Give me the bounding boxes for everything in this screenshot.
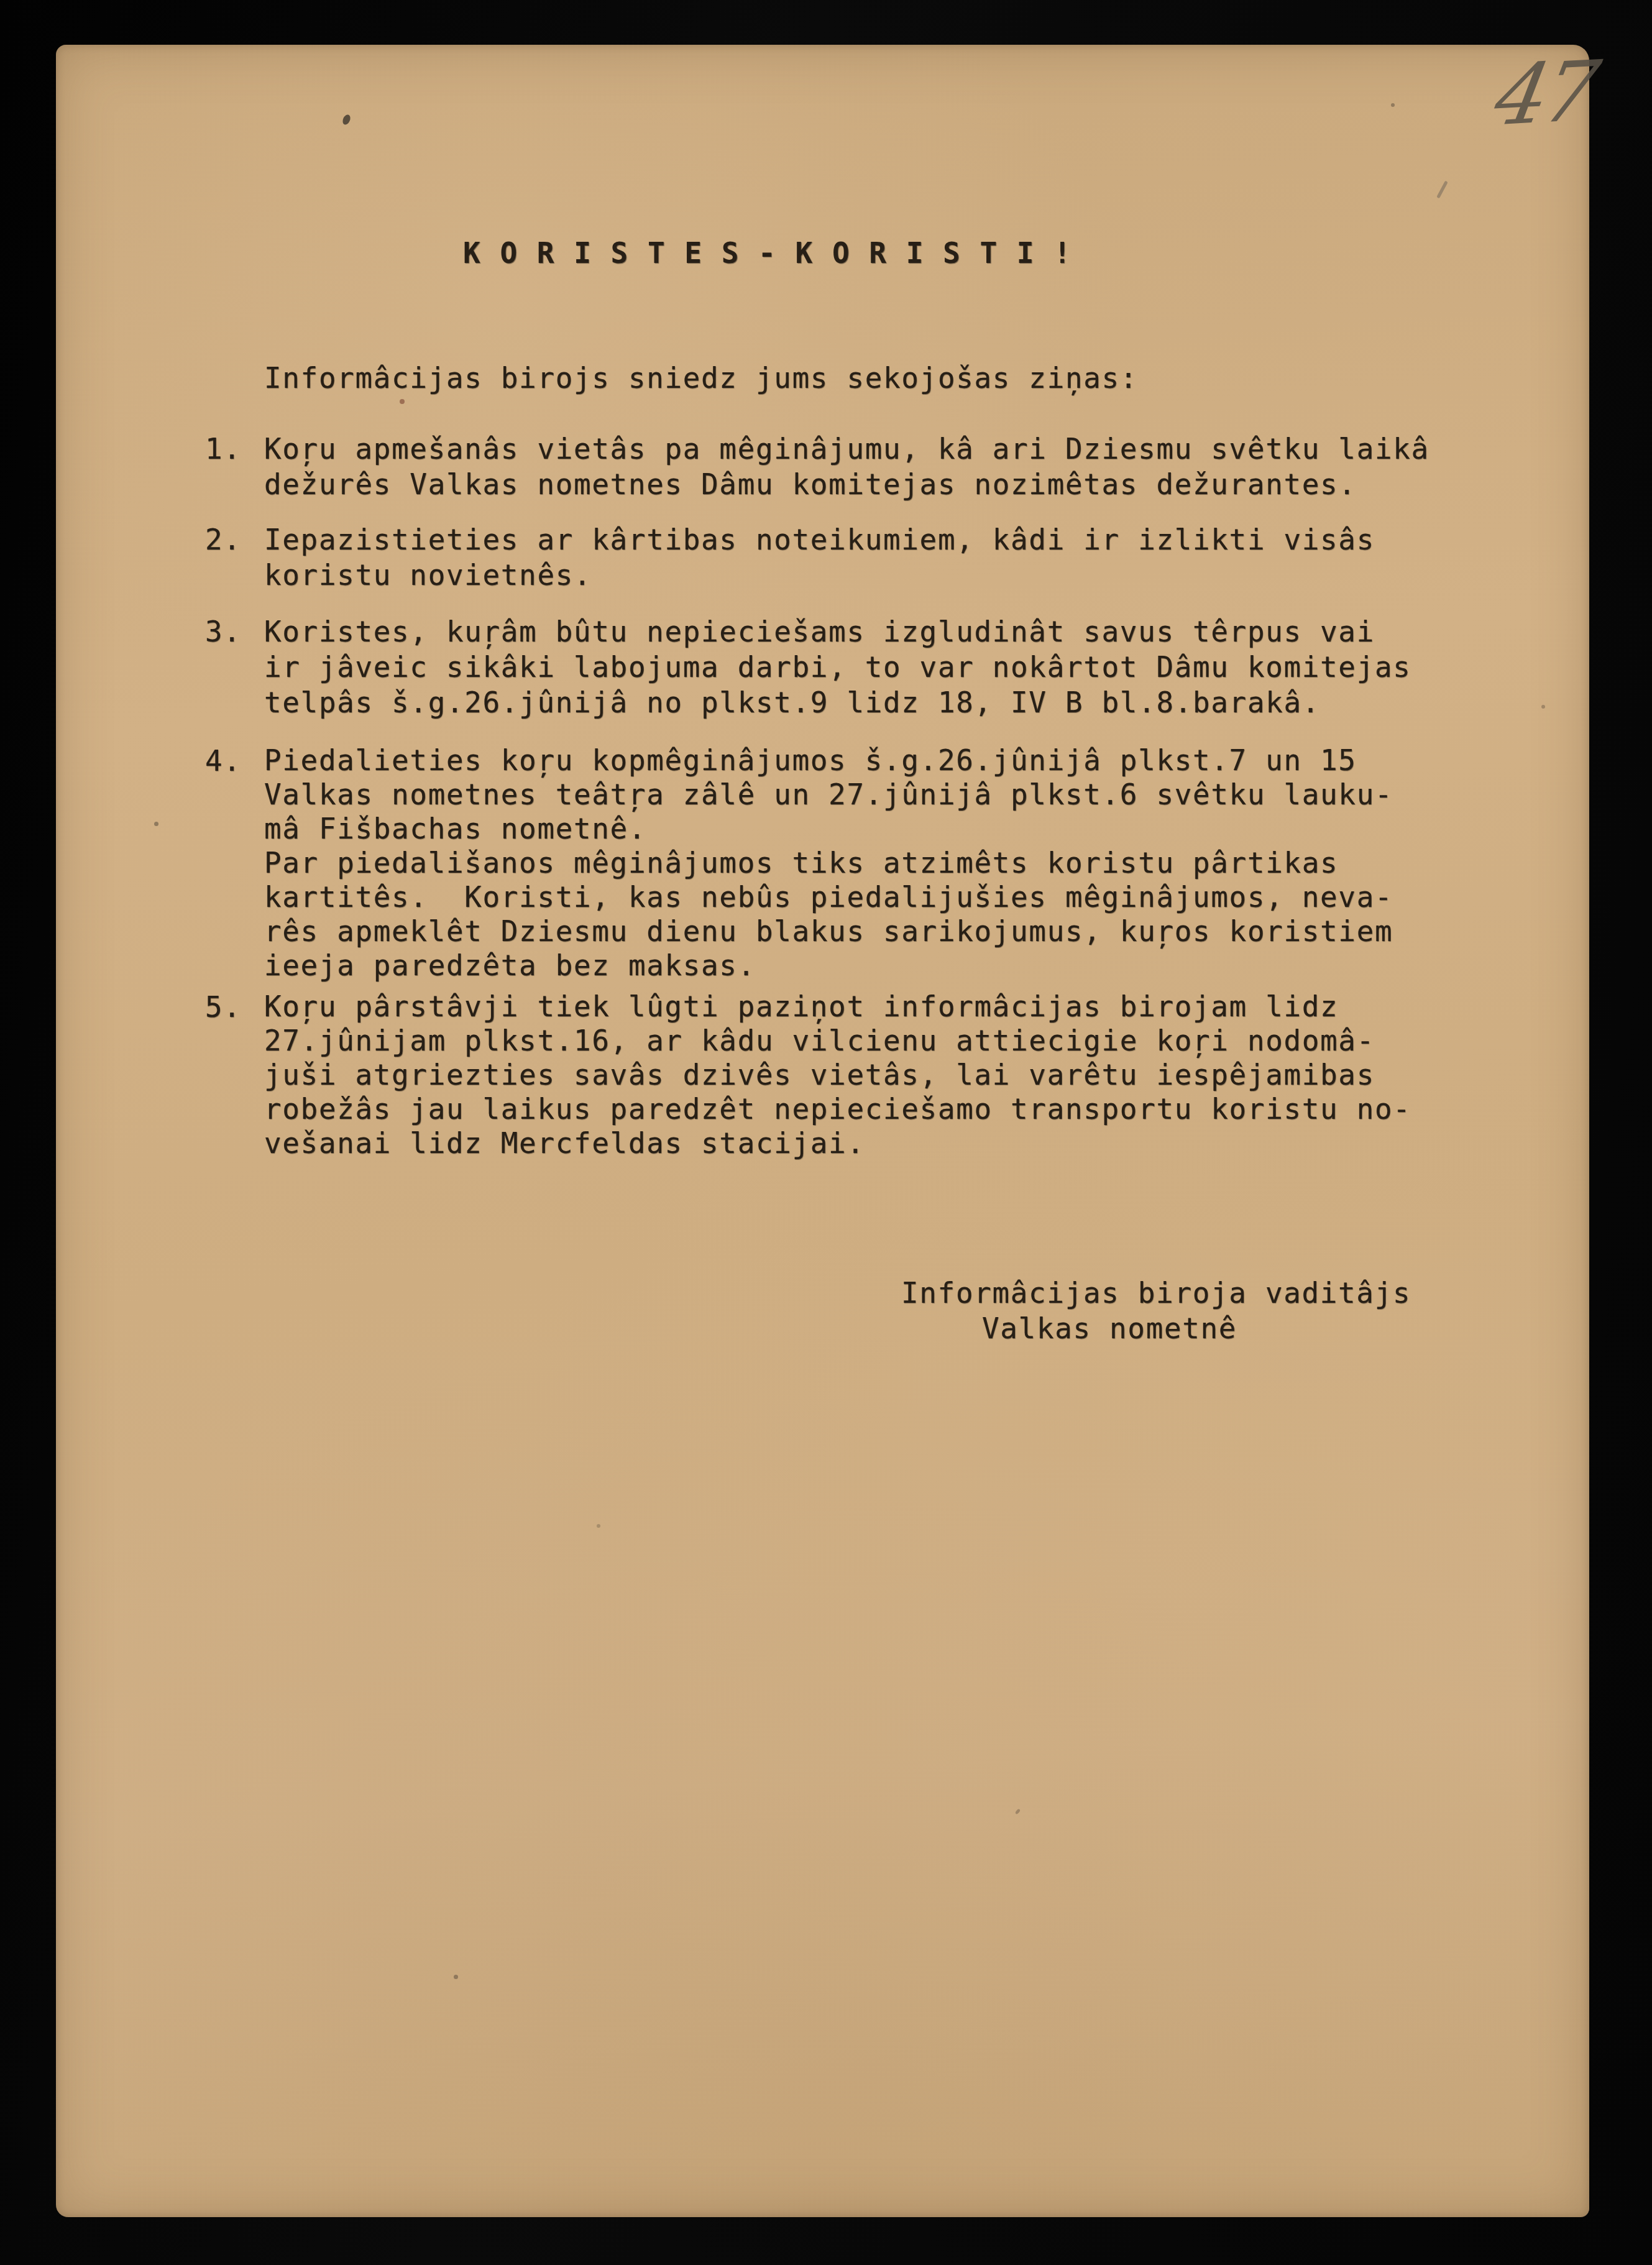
ink-speck xyxy=(341,113,352,126)
item-line: Koristes, kuŗâm bûtu nepieciešams izglud… xyxy=(264,614,1411,650)
item-number: 5. xyxy=(205,990,242,1025)
ink-speck xyxy=(1391,103,1395,107)
item-line: ir jâveic sikâki labojuma darbi, to var … xyxy=(264,650,1411,685)
item-line: Koŗu apmešanâs vietâs pa mêginâjumu, kâ … xyxy=(264,431,1429,467)
signature-block: Informâcijas biroja vaditâjs Valkas nome… xyxy=(901,1275,1411,1346)
item-line: Piedalieties koŗu kopmêginâjumos š.g.26.… xyxy=(264,743,1393,778)
item-line: rês apmeklêt Dziesmu dienu blakus sariko… xyxy=(264,914,1393,949)
item-line: 27.jûnijam plkst.16, ar kâdu vilcienu at… xyxy=(264,1024,1411,1058)
item-line: Iepazistieties ar kârtibas noteikumiem, … xyxy=(264,522,1375,558)
item-line: dežurês Valkas nometnes Dâmu komitejas n… xyxy=(264,467,1429,502)
document-title: K O R I S T E S - K O R I S T I ! xyxy=(463,236,1072,270)
item-line: mâ Fišbachas nometnê. xyxy=(264,812,1393,846)
item-line: ieeja paredzêta bez maksas. xyxy=(264,949,1393,983)
item-line: koristu novietnês. xyxy=(264,558,1375,593)
item-line: Koŗu pârstâvji tiek lûgti paziņot inform… xyxy=(264,990,1411,1024)
list-item-1: 1. Koŗu apmešanâs vietâs pa mêginâjumu, … xyxy=(205,431,1429,502)
list-item-5: 5. Koŗu pârstâvji tiek lûgti paziņot inf… xyxy=(205,990,1411,1160)
ink-speck xyxy=(1541,705,1545,709)
item-number: 4. xyxy=(205,743,242,779)
item-number: 2. xyxy=(205,522,242,558)
pencil-mark xyxy=(1436,181,1448,199)
item-line: juši atgriezties savâs dzivês vietâs, la… xyxy=(264,1058,1411,1092)
ink-speck xyxy=(454,1975,458,1979)
ink-speck xyxy=(400,399,405,404)
list-item-3: 3. Koristes, kuŗâm bûtu nepieciešams izg… xyxy=(205,614,1411,720)
item-line: kartitês. Koristi, kas nebûs piedalijuši… xyxy=(264,880,1393,914)
page-number-handwritten: 47 xyxy=(1487,43,1603,145)
intro-line: Informâcijas birojs sniedz jums sekojoša… xyxy=(264,361,1138,396)
item-line: Par piedališanos mêginâjumos tiks atzimê… xyxy=(264,846,1393,880)
list-item-4: 4. Piedalieties koŗu kopmêginâjumos š.g.… xyxy=(205,743,1393,983)
item-line: Valkas nometnes teâtŗa zâlê un 27.jûnijâ… xyxy=(264,778,1393,812)
item-line: robežâs jau laikus paredzêt nepieciešamo… xyxy=(264,1092,1411,1126)
document-page: 47 K O R I S T E S - K O R I S T I ! Inf… xyxy=(56,45,1589,2217)
item-line: vešanai lidz Mercfeldas stacijai. xyxy=(264,1126,1411,1160)
ink-speck xyxy=(597,1524,600,1528)
ink-speck xyxy=(154,822,158,826)
signature-location: Valkas nometnê xyxy=(901,1311,1411,1346)
scan-background: 47 K O R I S T E S - K O R I S T I ! Inf… xyxy=(0,0,1652,2265)
item-line: telpâs š.g.26.jûnijâ no plkst.9 lidz 18,… xyxy=(264,685,1411,720)
item-number: 1. xyxy=(205,431,242,467)
ink-speck xyxy=(1015,1808,1021,1814)
item-number: 3. xyxy=(205,614,242,650)
list-item-2: 2. Iepazistieties ar kârtibas noteikumie… xyxy=(205,522,1375,593)
signature-role: Informâcijas biroja vaditâjs xyxy=(901,1275,1411,1311)
